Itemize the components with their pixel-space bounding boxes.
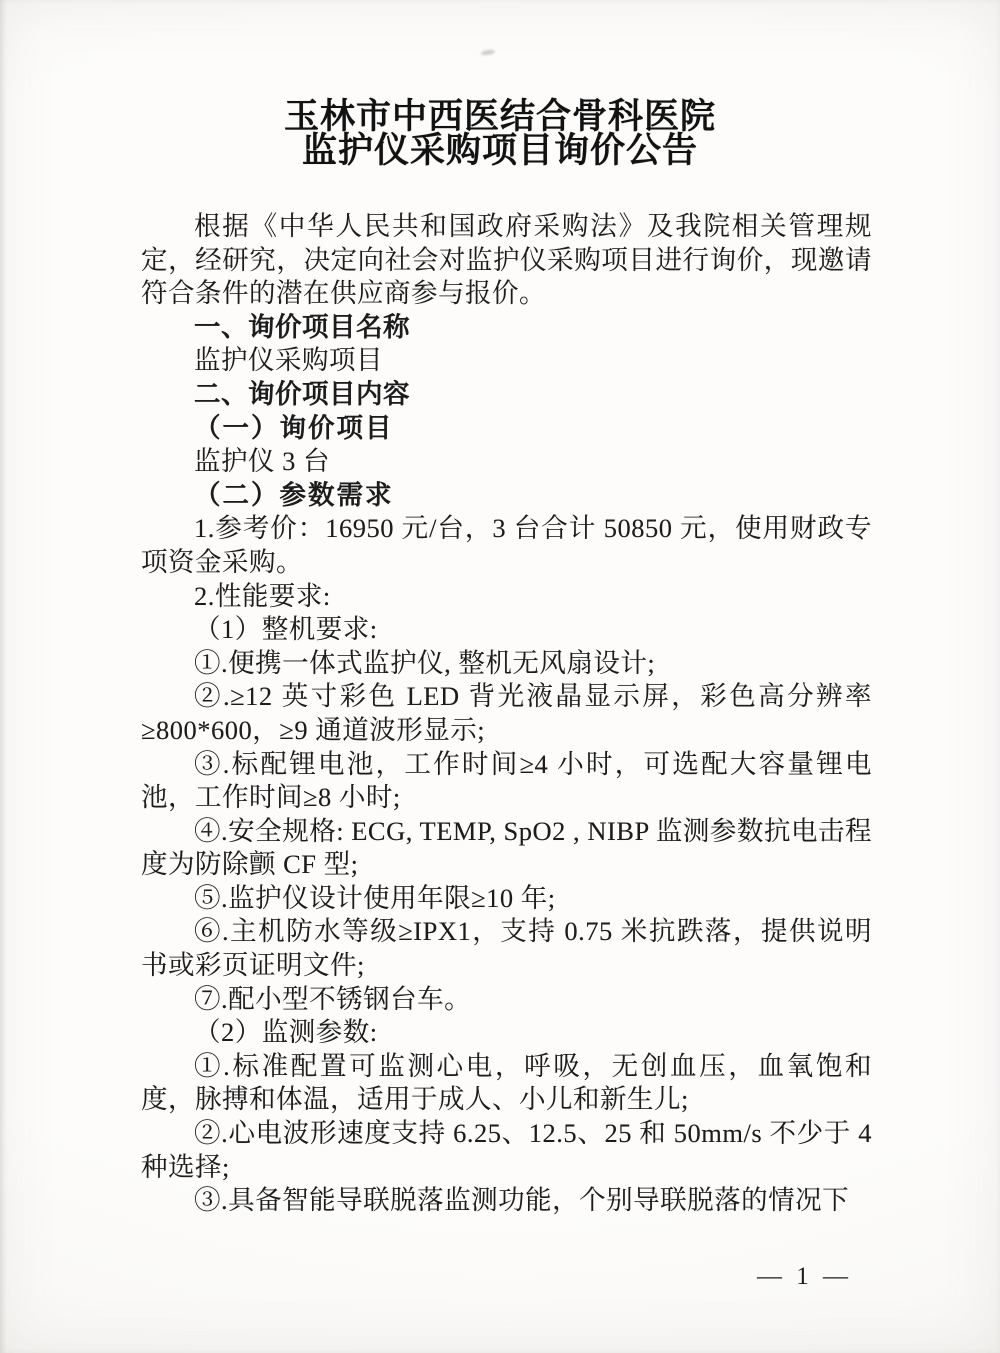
paragraph: 二、询价项目内容	[141, 378, 872, 412]
paragraph: 2.性能要求:	[141, 580, 872, 614]
scanned-document-page: 玉林市中西医结合骨科医院 监护仪采购项目询价公告 根据《中华人民共和国政府采购法…	[0, 0, 1000, 1353]
document-title: 玉林市中西医结合骨科医院 监护仪采购项目询价公告	[0, 100, 1000, 168]
page-number: — 1 —	[757, 1263, 852, 1291]
paragraph: 根据《中华人民共和国政府采购法》及我院相关管理规定，经研究，决定向社会对监护仪采…	[141, 210, 872, 311]
paragraph: ⑦.配小型不锈钢台车。	[141, 983, 872, 1017]
document-body: 根据《中华人民共和国政府采购法》及我院相关管理规定，经研究，决定向社会对监护仪采…	[141, 210, 872, 1218]
document-title-line-1: 玉林市中西医结合骨科医院	[0, 100, 1000, 134]
paragraph: ③.具备智能导联脱落监测功能，个别导联脱落的情况下	[141, 1184, 872, 1218]
paragraph: （二）参数需求	[141, 479, 872, 513]
document-title-line-2: 监护仪采购项目询价公告	[0, 134, 1000, 168]
paragraph: ②.≥12 英寸彩色 LED 背光液晶显示屏，彩色高分辨率≥800*600，≥9…	[141, 680, 872, 747]
paragraph: 一、询价项目名称	[141, 311, 872, 345]
paragraph: ⑥.主机防水等级≥IPX1，支持 0.75 米抗跌落，提供说明书或彩页证明文件;	[141, 915, 872, 982]
scan-edge-shadow	[0, 0, 7, 1353]
paragraph: ②.心电波形速度支持 6.25、12.5、25 和 50mm/s 不少于 4 种…	[141, 1117, 872, 1184]
paragraph: （2）监测参数:	[141, 1016, 872, 1050]
paragraph: 监护仪采购项目	[141, 344, 872, 378]
paragraph: （1）整机要求:	[141, 613, 872, 647]
scan-speck-artifact	[481, 49, 496, 56]
paragraph: ①.便携一体式监护仪, 整机无风扇设计;	[141, 647, 872, 681]
paragraph: ③.标配锂电池，工作时间≥4 小时，可选配大容量锂电池，工作时间≥8 小时;	[141, 748, 872, 815]
paragraph: ⑤.监护仪设计使用年限≥10 年;	[141, 882, 872, 916]
paragraph: 1.参考价：16950 元/台，3 台合计 50850 元，使用财政专项资金采购…	[141, 512, 872, 579]
paragraph: ①.标准配置可监测心电，呼吸，无创血压，血氧饱和度，脉搏和体温，适用于成人、小儿…	[141, 1050, 872, 1117]
paragraph: ④.安全规格: ECG, TEMP, SpO2 , NIBP 监测参数抗电击程度…	[141, 815, 872, 882]
paragraph: （一）询价项目	[141, 412, 872, 446]
paragraph: 监护仪 3 台	[141, 445, 872, 479]
